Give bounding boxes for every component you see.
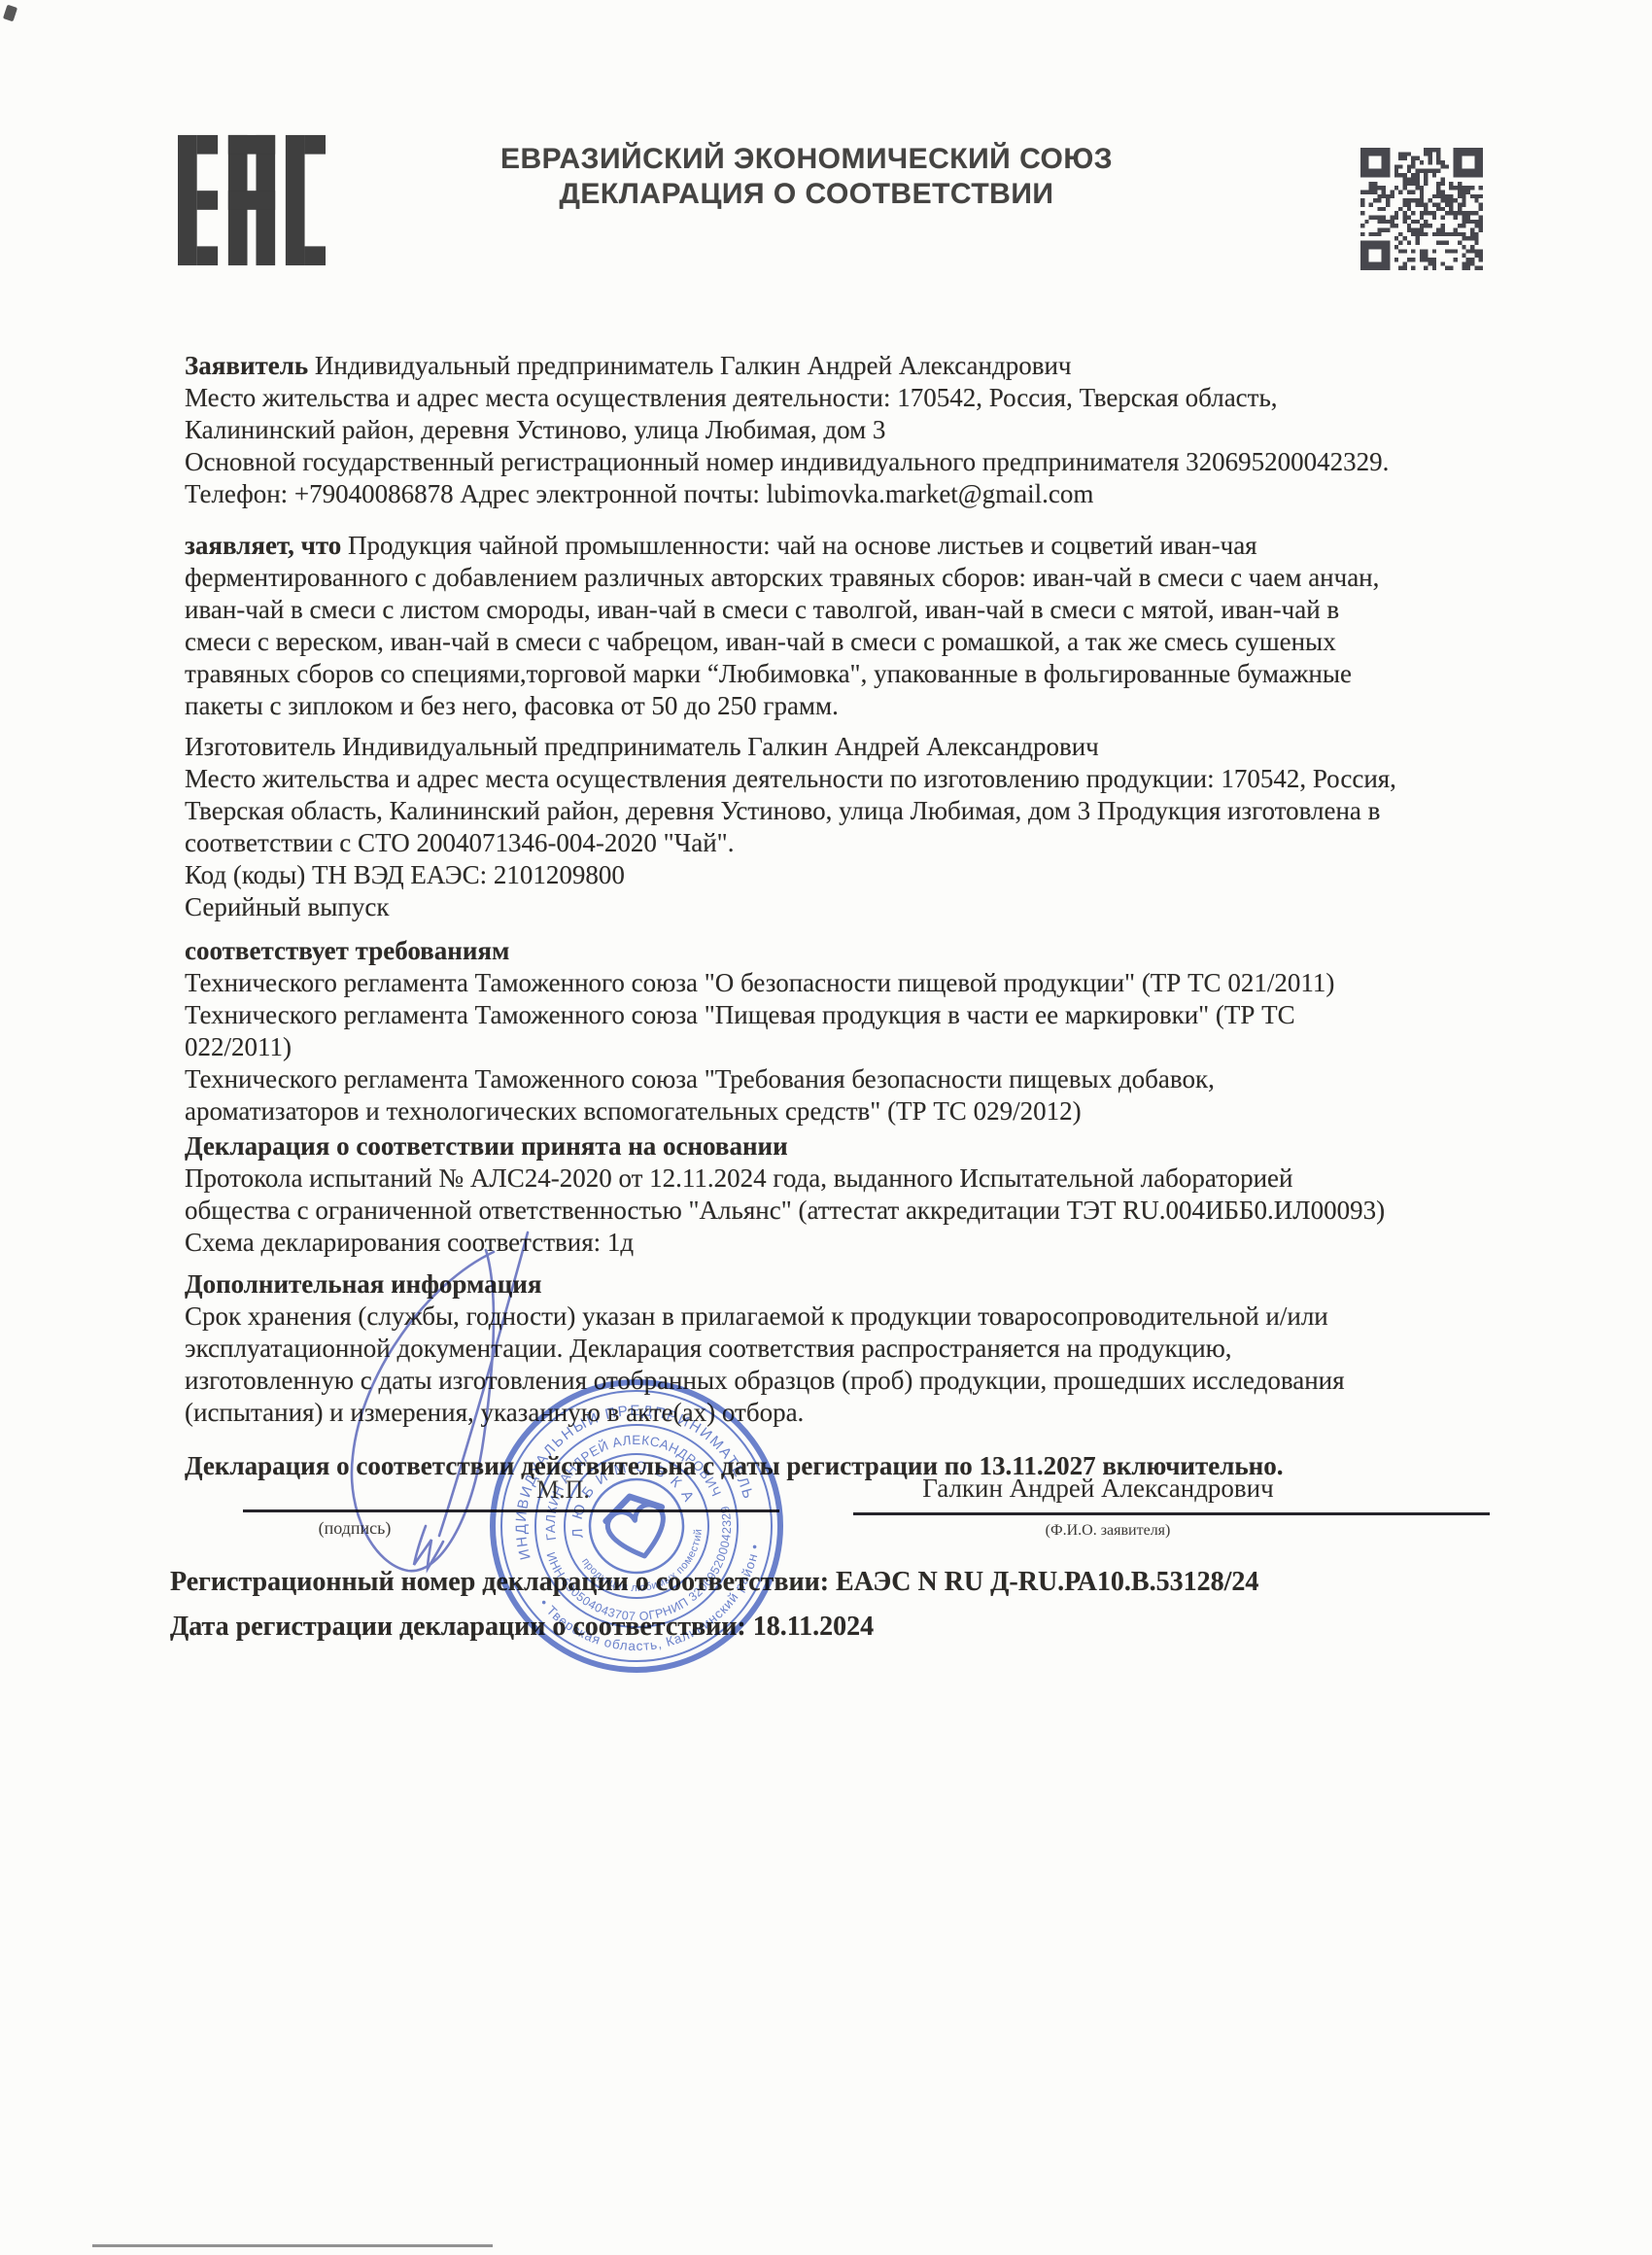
requirements-section: соответствует требованиям Технического р…	[185, 935, 1514, 1127]
product-description-line: иван-чай в смеси с листом смороды, иван-…	[185, 594, 1514, 626]
applicant-section: Заявитель Индивидуальный предприниматель…	[185, 350, 1514, 510]
basis-line: Протокола испытаний № АЛС24-2020 от 12.1…	[185, 1162, 1514, 1195]
basis-heading: Декларация о соответствии принята на осн…	[185, 1130, 1514, 1162]
applicant-address-line: Калининский район, деревня Устиново, ули…	[185, 414, 1514, 446]
requirement-line: 022/2011)	[185, 1031, 1514, 1063]
requirement-line: Технического регламента Таможенного союз…	[185, 999, 1514, 1031]
serial-release-line: Серийный выпуск	[185, 891, 1514, 923]
applicant-label: Заявитель	[185, 351, 308, 380]
name-caption: (Ф.И.О. заявителя)	[962, 1522, 1254, 1540]
product-description-line: ферментированного с добавлением различны…	[185, 562, 1514, 594]
title-line-2: ДЕКЛАРАЦИЯ О СООТВЕТСТВИИ	[418, 177, 1195, 212]
declaration-document: ЕВРАЗИЙСКИЙ ЭКОНОМИЧЕСКИЙ СОЮЗ ДЕКЛАРАЦИ…	[0, 0, 1652, 2255]
product-description-line: смеси с вереском, иван-чай в смеси с чаб…	[185, 626, 1514, 658]
applicant-address-line: Место жительства и адрес места осуществл…	[185, 382, 1514, 414]
product-section: заявляет, что Продукция чайной промышлен…	[185, 530, 1514, 722]
requirement-line: ароматизаторов и технологических вспомог…	[185, 1095, 1514, 1127]
tnved-code-line: Код (коды) ТН ВЭД ЕАЭС: 2101209800	[185, 859, 1514, 891]
manufacturer-line: Место жительства и адрес места осуществл…	[185, 763, 1514, 795]
manufacturer-line: Изготовитель Индивидуальный предпринимат…	[185, 731, 1514, 763]
scan-speck	[3, 5, 17, 22]
name-line	[853, 1512, 1490, 1515]
qr-code-icon	[1360, 148, 1483, 270]
product-description-line: пакеты с зиплоком и без него, фасовка от…	[185, 690, 1514, 722]
title-line-1: ЕВРАЗИЙСКИЙ ЭКОНОМИЧЕСКИЙ СОЮЗ	[418, 142, 1195, 177]
company-stamp: ИНДИВИДУАЛЬНЫЙ ПРЕДПРИНИМАТЕЛЬ • Тверска…	[481, 1370, 792, 1682]
declares-label: заявляет, что	[185, 531, 341, 560]
manufacturer-line: Тверская область, Калининский район, дер…	[185, 795, 1514, 827]
product-description-line: Продукция чайной промышленности: чай на …	[341, 531, 1256, 560]
applicant-contacts-line: Телефон: +79040086878 Адрес электронной …	[185, 478, 1514, 510]
page-bottom-scan-line	[92, 2244, 493, 2247]
manufacturer-section: Изготовитель Индивидуальный предпринимат…	[185, 731, 1514, 923]
manufacturer-line: соответствии с СТО 2004071346-004-2020 "…	[185, 827, 1514, 859]
requirements-heading: соответствует требованиям	[185, 935, 1514, 967]
requirement-line: Технического регламента Таможенного союз…	[185, 967, 1514, 999]
eac-logo	[178, 134, 326, 266]
heart-house-icon	[602, 1489, 672, 1563]
requirement-line: Технического регламента Таможенного союз…	[185, 1063, 1514, 1095]
product-description-line: травяных сборов со специями,торговой мар…	[185, 658, 1514, 690]
applicant-ogrnip-line: Основной государственный регистрационный…	[185, 446, 1514, 478]
signer-name: Галкин Андрей Александрович	[855, 1474, 1341, 1504]
applicant-name: Индивидуальный предприниматель Галкин Ан…	[308, 351, 1071, 380]
document-title: ЕВРАЗИЙСКИЙ ЭКОНОМИЧЕСКИЙ СОЮЗ ДЕКЛАРАЦИ…	[418, 142, 1195, 212]
